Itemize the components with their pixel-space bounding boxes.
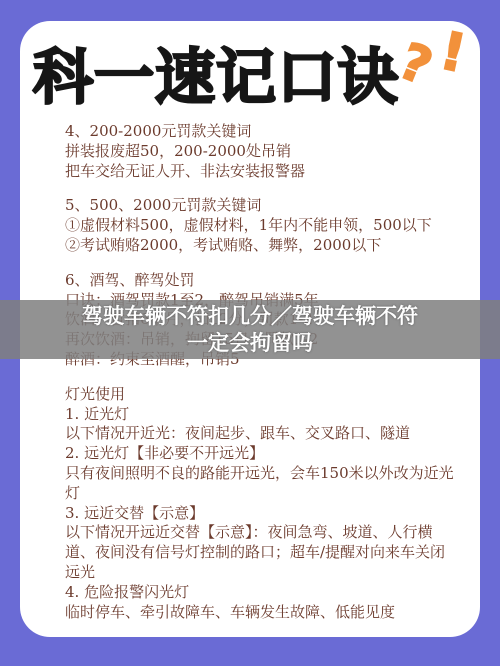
section-line: ②考试贿赂2000，考试贿赂、舞弊，2000以下 <box>65 236 457 256</box>
section-heading: 5、500、2000元罚款关键词 <box>65 196 457 216</box>
section-heading: 4、200-2000元罚款关键词 <box>65 122 457 142</box>
section-light-usage: 灯光使用 1. 近光灯 以下情况开近光：夜间起步、跟车、交叉路口、隧道 2. 远… <box>65 385 457 623</box>
header: 科一速记口诀 ? ! <box>20 21 480 110</box>
section-line: 以下情况开远近交替【示意】：夜间急弯、坡道、人行横道、夜间没有信号灯控制的路口；… <box>65 523 457 582</box>
section-heading: 灯光使用 <box>65 385 457 405</box>
section-line: 临时停车、牵引故障车、车辆发生故障、低能见度 <box>65 603 457 623</box>
section-line: 以下情况开近光：夜间起步、跟车、交叉路口、隧道 <box>65 424 457 444</box>
section-line: 2. 远光灯【非必要不开远光】 <box>65 444 457 464</box>
section-line: ①虚假材料500，虚假材料，1年内不能申领，500以下 <box>65 216 457 236</box>
section-line: 1. 近光灯 <box>65 405 457 425</box>
section-line: 3. 远近交替【示意】 <box>65 504 457 524</box>
overlay-text-line1: 驾驶车辆不符扣几分／驾驶车辆不符 <box>82 303 418 330</box>
watermark-overlay: 驾驶车辆不符扣几分／驾驶车辆不符 一定会拘留吗 <box>0 300 500 359</box>
section-line: 拼装报废超50，200-2000处吊销 <box>65 142 457 162</box>
section-line: 4. 危险报警闪光灯 <box>65 583 457 603</box>
overlay-text-line2: 一定会拘留吗 <box>187 330 313 357</box>
section-line: 把车交给无证人开、非法安装报警器 <box>65 162 457 182</box>
mnemonic-content: 4、200-2000元罚款关键词 拼装报废超50，200-2000处吊销 把车交… <box>65 122 457 637</box>
section-fine-500-2000: 5、500、2000元罚款关键词 ①虚假材料500，虚假材料，1年内不能申领，5… <box>65 196 457 255</box>
section-fine-200-2000: 4、200-2000元罚款关键词 拼装报废超50，200-2000处吊销 把车交… <box>65 122 457 181</box>
section-line: 只有夜间照明不良的路能开远光，会车150米以外改为近光灯 <box>65 464 457 504</box>
section-heading: 6、酒驾、醉驾处罚 <box>65 271 457 291</box>
